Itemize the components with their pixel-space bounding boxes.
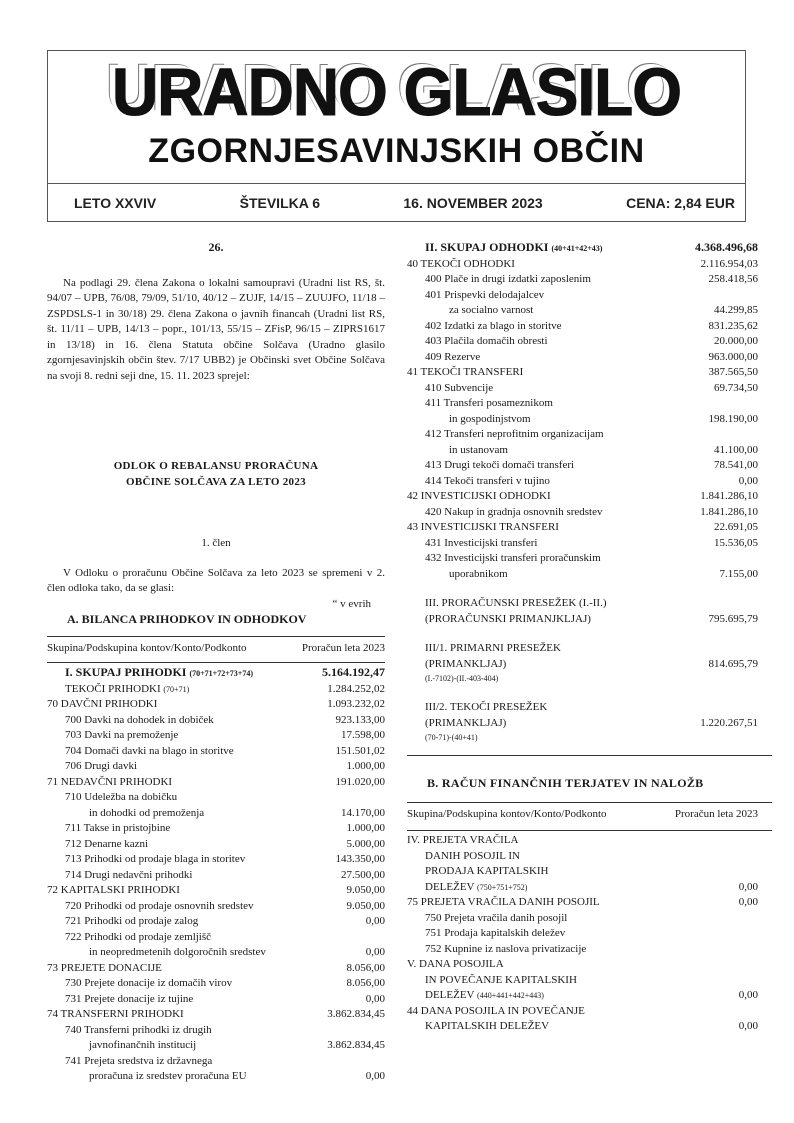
row-value: 198.190,00 xyxy=(668,412,772,428)
row-value: 387.565,50 xyxy=(668,365,772,381)
row-value: 17.598,00 xyxy=(295,728,385,744)
row-label: IN POVEČANJE KAPITALSKIH xyxy=(407,973,668,989)
table-row: in dohodki od premoženja14.170,00 xyxy=(47,806,385,822)
table-row: 71 NEDAVČNI PRIHODKI191.020,00 xyxy=(47,775,385,791)
article-intro: Na podlagi 29. člena Zakona o lokalni sa… xyxy=(47,276,385,385)
surplus-line-1: III/1. PRIMARNI PRESEŽEK xyxy=(407,641,772,657)
row-value: 44.299,85 xyxy=(668,303,772,319)
row-label: 414 Tekoči transferi v tujino xyxy=(407,474,668,490)
surplus-item: III/1. PRIMARNI PRESEŽEK(PRIMANKLJAJ)814… xyxy=(407,641,772,686)
table-row: IV. PREJETA VRAČILA xyxy=(407,833,772,849)
decree-title-line-1: ODLOK O REBALANSU PRORAČUNA xyxy=(47,458,385,474)
table-row: DANIH POSOJIL IN xyxy=(407,849,772,865)
row-label: 431 Investicijski transferi xyxy=(407,536,668,552)
table-row: II. SKUPAJ ODHODKI (40+41+42+43)4.368.49… xyxy=(407,240,772,257)
revenue-table: I. SKUPAJ PRIHODKI (70+71+72+73+74)5.164… xyxy=(47,665,385,1085)
row-label: DELEŽEV (750+751+752) xyxy=(407,880,668,896)
table-row: 40 TEKOČI ODHODKI2.116.954,03 xyxy=(407,257,772,273)
table-row: 730 Prejete donacije iz domačih virov8.0… xyxy=(47,976,385,992)
row-value: 831.235,62 xyxy=(668,319,772,335)
row-label: in dohodki od premoženja xyxy=(47,806,295,822)
row-value: 0,00 xyxy=(668,895,772,911)
table-row: uporabnikom7.155,00 xyxy=(407,567,772,583)
table-row: in gospodinjstvom198.190,00 xyxy=(407,412,772,428)
row-formula: (750+751+752) xyxy=(477,883,527,892)
row-formula: (70+71+72+73+74) xyxy=(189,669,253,678)
row-label: in neopredmetenih dolgoročnih sredstev xyxy=(47,945,295,961)
table-row: 431 Investicijski transferi15.536,05 xyxy=(407,536,772,552)
row-label: 72 KAPITALSKI PRIHODKI xyxy=(47,883,295,899)
issue-year: LETO XXVIV xyxy=(74,195,156,211)
surplus-line-2: (PRIMANKLJAJ) xyxy=(407,657,668,673)
section-a-title: A. BILANCA PRIHODKOV IN ODHODKOV xyxy=(47,612,385,628)
surplus-formula: (I.-7102)-(II.-403-404) xyxy=(407,672,772,686)
row-value: 5.164.192,47 xyxy=(295,665,385,681)
row-label: 410 Subvencije xyxy=(407,381,668,397)
row-label: KAPITALSKIH DELEŽEV xyxy=(407,1019,668,1035)
row-formula: (40+41+42+43) xyxy=(551,244,602,253)
row-value: 1.093.232,02 xyxy=(295,697,385,713)
surplus-label: III. PRORAČUNSKI PRESEŽEK (I.-II.) xyxy=(407,596,772,612)
row-label: uporabnikom xyxy=(407,567,668,583)
row-value: 0,00 xyxy=(295,992,385,1008)
table-row: I. SKUPAJ PRIHODKI (70+71+72+73+74)5.164… xyxy=(47,665,385,682)
row-value: 963.000,00 xyxy=(668,350,772,366)
row-label: 731 Prejete donacije iz tujine xyxy=(47,992,295,1008)
table-row: 43 INVESTICIJSKI TRANSFERI22.691,05 xyxy=(407,520,772,536)
row-label: za socialno varnost xyxy=(407,303,668,319)
table-row: DELEŽEV (440+441+442+443)0,00 xyxy=(407,988,772,1004)
row-value: 1.841.286,10 xyxy=(668,505,772,521)
row-label: 71 NEDAVČNI PRIHODKI xyxy=(47,775,295,791)
surplus-line-1: III. PRORAČUNSKI PRESEŽEK (I.-II.) xyxy=(407,596,772,612)
row-label: proračuna iz sredstev proračuna EU xyxy=(47,1069,295,1085)
table-row: proračuna iz sredstev proračuna EU0,00 xyxy=(47,1069,385,1085)
row-label: in ustanovam xyxy=(407,443,668,459)
row-value: 0,00 xyxy=(668,880,772,896)
surplus-item: III. PRORAČUNSKI PRESEŽEK (I.-II.)(PRORA… xyxy=(407,596,772,627)
row-value: 15.536,05 xyxy=(668,536,772,552)
table-row: 721 Prihodki od prodaje zalog0,00 xyxy=(47,914,385,930)
row-value: 1.841.286,10 xyxy=(668,489,772,505)
row-label: 711 Takse in pristojbine xyxy=(47,821,295,837)
article-number: 26. xyxy=(47,240,385,256)
table-row: 751 Prodaja kapitalskih deležev xyxy=(407,926,772,942)
currency-note: “ v evrih xyxy=(47,597,385,613)
row-value: 8.056,00 xyxy=(295,961,385,977)
table-row: 42 INVESTICIJSKI ODHODKI1.841.286,10 xyxy=(407,489,772,505)
row-label: 722 Prihodki od prodaje zemljišč xyxy=(47,930,295,946)
table-row: 432 Investicijski transferi proračunskim xyxy=(407,551,772,567)
row-label: 712 Denarne kazni xyxy=(47,837,295,853)
table-header-b: Skupina/Podskupina kontov/Konto/Podkonto… xyxy=(407,807,772,823)
row-value: 9.050,00 xyxy=(295,883,385,899)
row-label: 752 Kupnine iz naslova privatizacije xyxy=(407,942,668,958)
section-b-title: B. RAČUN FINANČNIH TERJATEV IN NALOŽB xyxy=(407,776,772,792)
surplus-value: 1.220.267,51 xyxy=(668,716,772,732)
row-label: 420 Nakup in gradnja osnovnih sredstev xyxy=(407,505,668,521)
row-label: 714 Drugi nedavčni prihodki xyxy=(47,868,295,884)
table-row: PRODAJA KAPITALSKIH xyxy=(407,864,772,880)
surplus-line-1: III/2. TEKOČI PRESEŽEK xyxy=(407,700,772,716)
expense-table: II. SKUPAJ ODHODKI (40+41+42+43)4.368.49… xyxy=(407,240,772,582)
table-row: in ustanovam41.100,00 xyxy=(407,443,772,459)
column-budget: Proračun leta 2023 xyxy=(675,807,772,823)
table-row: 741 Prejeta sredstva iz državnega xyxy=(47,1054,385,1070)
row-formula: (70+71) xyxy=(163,685,189,694)
row-label: 42 INVESTICIJSKI ODHODKI xyxy=(407,489,668,505)
table-row: TEKOČI PRIHODKI (70+71)1.284.252,02 xyxy=(47,682,385,698)
decree-title-line-2: OBČINE SOLČAVA ZA LETO 2023 xyxy=(47,474,385,490)
row-label: 730 Prejete donacije iz domačih virov xyxy=(47,976,295,992)
row-value: 0,00 xyxy=(295,914,385,930)
row-value: 9.050,00 xyxy=(295,899,385,915)
row-label: 411 Transferi posameznikom xyxy=(407,396,668,412)
row-label: 432 Investicijski transferi proračunskim xyxy=(407,551,668,567)
row-label: 704 Domači davki na blago in storitve xyxy=(47,744,295,760)
table-row: DELEŽEV (750+751+752)0,00 xyxy=(407,880,772,896)
issue-date: 16. NOVEMBER 2023 xyxy=(403,195,542,211)
table-row: 409 Rezerve963.000,00 xyxy=(407,350,772,366)
row-value: 151.501,02 xyxy=(295,744,385,760)
table-row: 400 Plače in drugi izdatki zaposlenim258… xyxy=(407,272,772,288)
table-row: 704 Domači davki na blago in storitve151… xyxy=(47,744,385,760)
row-value: 14.170,00 xyxy=(295,806,385,822)
row-value: 8.056,00 xyxy=(295,976,385,992)
column-account: Skupina/Podskupina kontov/Konto/Podkonto xyxy=(47,641,247,657)
row-label: 412 Transferi neprofitnim organizacijam xyxy=(407,427,668,443)
row-value: 3.862.834,45 xyxy=(295,1038,385,1054)
table-row: 402 Izdatki za blago in storitve831.235,… xyxy=(407,319,772,335)
row-label: 721 Prihodki od prodaje zalog xyxy=(47,914,295,930)
row-label: 409 Rezerve xyxy=(407,350,668,366)
table-row: KAPITALSKIH DELEŽEV0,00 xyxy=(407,1019,772,1035)
row-value: 4.368.496,68 xyxy=(668,240,772,256)
table-row: 74 TRANSFERNI PRIHODKI3.862.834,45 xyxy=(47,1007,385,1023)
row-value: 20.000,00 xyxy=(668,334,772,350)
row-label: I. SKUPAJ PRIHODKI (70+71+72+73+74) xyxy=(47,665,295,682)
row-label: DANIH POSOJIL IN xyxy=(407,849,668,865)
table-row: 412 Transferi neprofitnim organizacijam xyxy=(407,427,772,443)
row-value: 3.862.834,45 xyxy=(295,1007,385,1023)
row-value: 0,00 xyxy=(668,1019,772,1035)
row-label: 403 Plačila domačih obresti xyxy=(407,334,668,350)
table-row: 713 Prihodki od prodaje blaga in storite… xyxy=(47,852,385,868)
row-label: 44 DANA POSOJILA IN POVEČANJE xyxy=(407,1004,668,1020)
row-value: 0,00 xyxy=(668,988,772,1004)
surplus-row: (PRORAČUNSKI PRIMANJKLJAJ)795.695,79 xyxy=(407,612,772,628)
row-label: 400 Plače in drugi izdatki zaposlenim xyxy=(407,272,668,288)
table-row: V. DANA POSOJILA xyxy=(407,957,772,973)
table-row: 44 DANA POSOJILA IN POVEČANJE xyxy=(407,1004,772,1020)
row-label: 73 PREJETE DONACIJE xyxy=(47,961,295,977)
table-row: 403 Plačila domačih obresti20.000,00 xyxy=(407,334,772,350)
surplus-formula: (70-71)-(40+41) xyxy=(407,731,772,745)
row-label: IV. PREJETA VRAČILA xyxy=(407,833,668,849)
row-label: 41 TEKOČI TRANSFERI xyxy=(407,365,668,381)
row-label: javnofinančnih institucij xyxy=(47,1038,295,1054)
table-row: 722 Prihodki od prodaje zemljišč xyxy=(47,930,385,946)
surplus-line-2: (PRORAČUNSKI PRIMANJKLJAJ) xyxy=(407,612,668,628)
table-row: 41 TEKOČI TRANSFERI387.565,50 xyxy=(407,365,772,381)
table-row: 703 Davki na premoženje17.598,00 xyxy=(47,728,385,744)
row-label: 70 DAVČNI PRIHODKI xyxy=(47,697,295,713)
row-label: DELEŽEV (440+441+442+443) xyxy=(407,988,668,1004)
row-value: 2.116.954,03 xyxy=(668,257,772,273)
table-header: Skupina/Podskupina kontov/Konto/Podkonto… xyxy=(47,641,385,657)
row-label: 710 Udeležba na dobičku xyxy=(47,790,295,806)
row-value: 78.541,00 xyxy=(668,458,772,474)
row-label: 750 Prejeta vračila danih posojil xyxy=(407,911,668,927)
table-row: 750 Prejeta vračila danih posojil xyxy=(407,911,772,927)
row-label: 413 Drugi tekoči domači transferi xyxy=(407,458,668,474)
row-value: 1.000,00 xyxy=(295,759,385,775)
surplus-label: III/2. TEKOČI PRESEŽEK xyxy=(407,700,772,716)
table-row: 714 Drugi nedavčni prihodki27.500,00 xyxy=(47,868,385,884)
row-label: 720 Prihodki od prodaje osnovnih sredste… xyxy=(47,899,295,915)
article-clause: 1. člen xyxy=(47,536,385,552)
row-formula: (440+441+442+443) xyxy=(477,991,544,1000)
row-label: 74 TRANSFERNI PRIHODKI xyxy=(47,1007,295,1023)
surplus-row: (PRIMANKLJAJ)1.220.267,51 xyxy=(407,716,772,732)
row-label: 401 Prispevki delodajalcev xyxy=(407,288,668,304)
financial-claims-table: IV. PREJETA VRAČILADANIH POSOJIL INPRODA… xyxy=(407,833,772,1035)
row-label: 740 Transferni prihodki iz drugih xyxy=(47,1023,295,1039)
table-row: 712 Denarne kazni5.000,00 xyxy=(47,837,385,853)
surplus-row: (PRIMANKLJAJ)814.695,79 xyxy=(407,657,772,673)
table-row: 706 Drugi davki1.000,00 xyxy=(47,759,385,775)
table-row: 75 PREJETA VRAČILA DANIH POSOJIL0,00 xyxy=(407,895,772,911)
right-column: II. SKUPAJ ODHODKI (40+41+42+43)4.368.49… xyxy=(407,240,772,1035)
table-row: 411 Transferi posameznikom xyxy=(407,396,772,412)
surplus-value: 814.695,79 xyxy=(668,657,772,673)
surplus-line-2: (PRIMANKLJAJ) xyxy=(407,716,668,732)
row-value: 22.691,05 xyxy=(668,520,772,536)
table-row: 72 KAPITALSKI PRIHODKI9.050,00 xyxy=(47,883,385,899)
table-row: 710 Udeležba na dobičku xyxy=(47,790,385,806)
surplus-block: III. PRORAČUNSKI PRESEŽEK (I.-II.)(PRORA… xyxy=(407,596,772,745)
row-label: 75 PREJETA VRAČILA DANIH POSOJIL xyxy=(407,895,668,911)
row-value: 0,00 xyxy=(295,945,385,961)
row-label: V. DANA POSOJILA xyxy=(407,957,668,973)
row-label: 706 Drugi davki xyxy=(47,759,295,775)
masthead: URADNO GLASILO ZGORNJESAVINJSKIH OBČIN L… xyxy=(47,50,746,222)
issue-info-bar: LETO XXVIV ŠTEVILKA 6 16. NOVEMBER 2023 … xyxy=(48,183,745,221)
table-row: 70 DAVČNI PRIHODKI1.093.232,02 xyxy=(47,697,385,713)
row-label: in gospodinjstvom xyxy=(407,412,668,428)
row-label: 700 Davki na dohodek in dobiček xyxy=(47,713,295,729)
row-value: 7.155,00 xyxy=(668,567,772,583)
table-row: 700 Davki na dohodek in dobiček923.133,0… xyxy=(47,713,385,729)
table-row: IN POVEČANJE KAPITALSKIH xyxy=(407,973,772,989)
table-row: 752 Kupnine iz naslova privatizacije xyxy=(407,942,772,958)
row-label: 713 Prihodki od prodaje blaga in storite… xyxy=(47,852,295,868)
row-value: 41.100,00 xyxy=(668,443,772,459)
row-label: II. SKUPAJ ODHODKI (40+41+42+43) xyxy=(407,240,668,257)
row-value: 258.418,56 xyxy=(668,272,772,288)
table-row: 711 Takse in pristojbine1.000,00 xyxy=(47,821,385,837)
row-label: 703 Davki na premoženje xyxy=(47,728,295,744)
column-budget: Proračun leta 2023 xyxy=(302,641,385,657)
row-label: PRODAJA KAPITALSKIH xyxy=(407,864,668,880)
table-row: javnofinančnih institucij3.862.834,45 xyxy=(47,1038,385,1054)
table-row: in neopredmetenih dolgoročnih sredstev0,… xyxy=(47,945,385,961)
table-row: 413 Drugi tekoči domači transferi78.541,… xyxy=(407,458,772,474)
table-row: 410 Subvencije69.734,50 xyxy=(407,381,772,397)
row-value: 1.000,00 xyxy=(295,821,385,837)
row-value: 0,00 xyxy=(668,474,772,490)
row-label: 43 INVESTICIJSKI TRANSFERI xyxy=(407,520,668,536)
row-value: 191.020,00 xyxy=(295,775,385,791)
row-label: 741 Prejeta sredstva iz državnega xyxy=(47,1054,295,1070)
row-label: TEKOČI PRIHODKI (70+71) xyxy=(47,682,295,698)
surplus-value: 795.695,79 xyxy=(668,612,772,628)
table-row: 740 Transferni prihodki iz drugih xyxy=(47,1023,385,1039)
column-account: Skupina/Podskupina kontov/Konto/Podkonto xyxy=(407,807,607,823)
clause-text: V Odloku o proračunu Občine Solčava za l… xyxy=(47,566,385,597)
table-row: 720 Prihodki od prodaje osnovnih sredste… xyxy=(47,899,385,915)
issue-number: ŠTEVILKA 6 xyxy=(240,195,320,211)
surplus-label: III/1. PRIMARNI PRESEŽEK xyxy=(407,641,772,657)
issue-price: CENA: 2,84 EUR xyxy=(626,195,735,211)
row-label: 402 Izdatki za blago in storitve xyxy=(407,319,668,335)
row-value: 923.133,00 xyxy=(295,713,385,729)
row-value: 1.284.252,02 xyxy=(295,682,385,698)
row-value: 27.500,00 xyxy=(295,868,385,884)
left-column: 26. Na podlagi 29. člena Zakona o lokaln… xyxy=(47,240,385,1085)
publication-subtitle: ZGORNJESAVINJSKIH OBČIN xyxy=(48,131,745,171)
row-label: 751 Prodaja kapitalskih deležev xyxy=(407,926,668,942)
row-label: 40 TEKOČI ODHODKI xyxy=(407,257,668,273)
row-value: 5.000,00 xyxy=(295,837,385,853)
row-value: 69.734,50 xyxy=(668,381,772,397)
table-row: 414 Tekoči transferi v tujino0,00 xyxy=(407,474,772,490)
table-row: za socialno varnost44.299,85 xyxy=(407,303,772,319)
surplus-item: III/2. TEKOČI PRESEŽEK(PRIMANKLJAJ)1.220… xyxy=(407,700,772,745)
table-row: 73 PREJETE DONACIJE8.056,00 xyxy=(47,961,385,977)
table-row: 420 Nakup in gradnja osnovnih sredstev1.… xyxy=(407,505,772,521)
row-value: 0,00 xyxy=(295,1069,385,1085)
table-row: 401 Prispevki delodajalcev xyxy=(407,288,772,304)
row-value: 143.350,00 xyxy=(295,852,385,868)
table-row: 731 Prejete donacije iz tujine0,00 xyxy=(47,992,385,1008)
publication-title: URADNO GLASILO xyxy=(48,55,745,129)
